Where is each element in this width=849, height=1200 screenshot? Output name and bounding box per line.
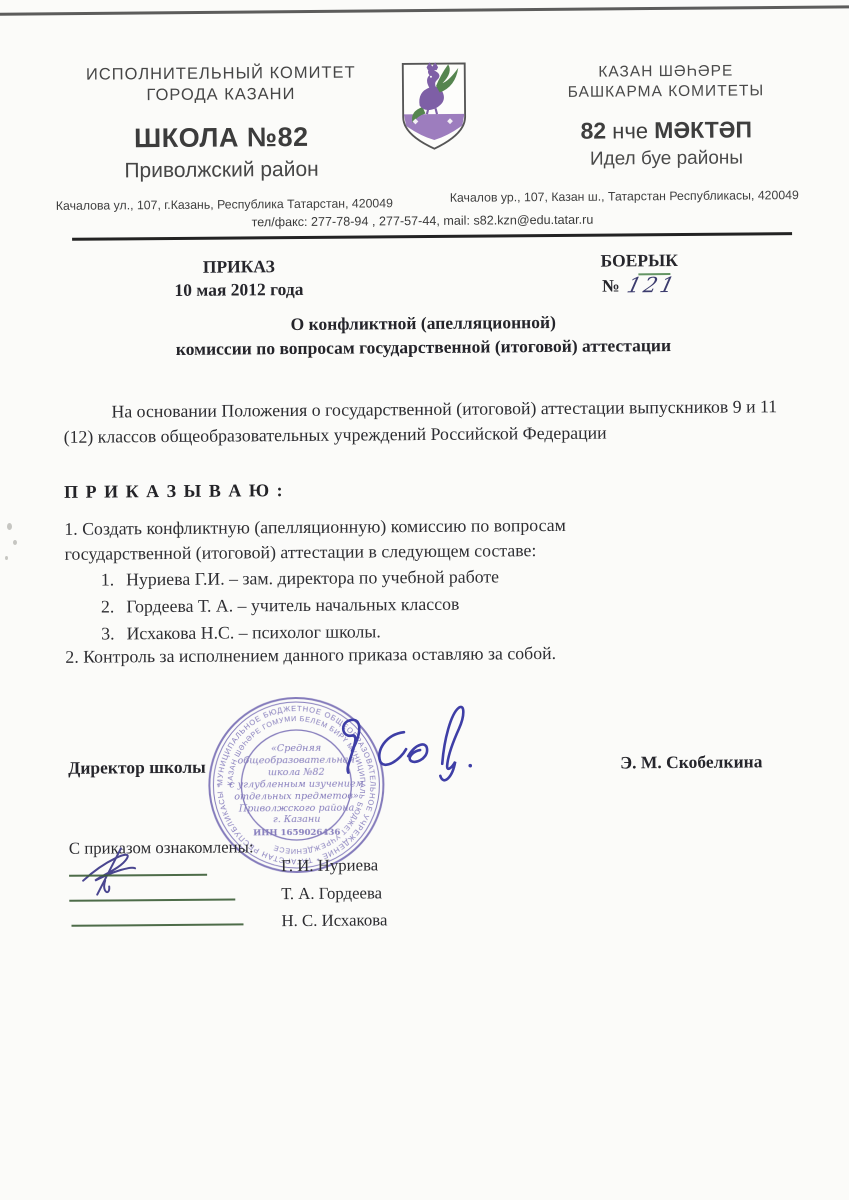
stamp-center-line: г. Казани bbox=[273, 814, 321, 825]
commission-members-list: 1. Нуриева Г.И. – зам. директора по учеб… bbox=[101, 563, 500, 647]
district-name-ru: Приволжский район bbox=[55, 157, 387, 184]
order-date: 10 мая 2012 года bbox=[136, 278, 341, 303]
letterhead-russian: ИСПОЛНИТЕЛЬНЫЙ КОМИТЕТ ГОРОДА КАЗАНИ ШКО… bbox=[55, 62, 388, 184]
stamp-center-line: «Средняя bbox=[271, 743, 321, 754]
letterhead-tatar: КАЗАН ШӘҺӘРЕ БАШКАРМА КОМИТЕТЫ 82 нче МӘ… bbox=[515, 61, 818, 171]
org-line1-tat: КАЗАН ШӘҺӘРЕ bbox=[515, 61, 817, 83]
org-line2-ru: ГОРОДА КАЗАНИ bbox=[55, 83, 387, 107]
green-underline bbox=[638, 273, 670, 275]
acknowledged-name: Т. А. Гордеева bbox=[281, 879, 387, 907]
school-number-tat: 82 bbox=[580, 118, 606, 144]
director-signature-ink bbox=[330, 698, 481, 804]
order-word-tat: БОЕРЫК bbox=[554, 249, 724, 273]
address-russian: Качалова ул., 107, г.Казань, Республика … bbox=[56, 196, 446, 213]
order-number-row: №121 bbox=[554, 273, 724, 298]
org-line2-tat: БАШКАРМА КОМИТЕТЫ bbox=[515, 81, 817, 103]
acknowledged-name: Н. С. Исхакова bbox=[281, 906, 387, 934]
order-heading-tat: БОЕРЫК №121 bbox=[554, 249, 724, 298]
phone-email-line: тел/факс: 277-78-94 , 277-57-44, mail: s… bbox=[0, 211, 847, 232]
address-tatar: Качалов ур., 107, Казан ш., Татарстан Ре… bbox=[450, 188, 810, 205]
decree-word: П Р И К А З Ы В А Ю : bbox=[64, 480, 284, 503]
member-text: Исхакова Н.С. – психолог школы. bbox=[126, 618, 380, 647]
order-item-2: 2. Контроль за исполнением данного прика… bbox=[65, 641, 785, 668]
order-title: О конфликтной (апелляционной) комиссии п… bbox=[0, 309, 848, 363]
list-item: 2. Гордеева Т. А. – учитель начальных кл… bbox=[101, 590, 499, 620]
org-line1-ru: ИСПОЛНИТЕЛЬНЫЙ КОМИТЕТ bbox=[55, 62, 387, 86]
member-number: 2. bbox=[101, 593, 115, 620]
header-divider bbox=[72, 232, 792, 241]
acknowledged-name: Г. И. Нуриева bbox=[281, 851, 387, 879]
preamble-paragraph: На основании Положения о государственной… bbox=[63, 394, 799, 449]
stamp-center-line: Приволжского района bbox=[238, 803, 355, 815]
member-text: Гордеева Т. А. – учитель начальных класс… bbox=[126, 591, 459, 621]
director-role-label: Директор школы bbox=[68, 757, 206, 779]
stamp-center-line: школа №82 bbox=[268, 767, 325, 778]
order-word-ru: ПРИКАЗ bbox=[136, 255, 341, 280]
list-item: 1. Нуриева Г.И. – зам. директора по учеб… bbox=[101, 563, 499, 593]
document-content: ИСПОЛНИТЕЛЬНЫЙ КОМИТЕТ ГОРОДА КАЗАНИ ШКО… bbox=[0, 0, 849, 1200]
order-heading-ru: ПРИКАЗ 10 мая 2012 года bbox=[136, 255, 341, 303]
school-nche: нче bbox=[612, 118, 648, 143]
school-name-ru: ШКОЛА №82 bbox=[55, 121, 387, 155]
stamp-inn: ИНН 1659026436 bbox=[253, 828, 340, 839]
director-name: Э. М. Скобелкина bbox=[620, 751, 762, 773]
kazan-zilant-coat-of-arms-icon bbox=[398, 60, 471, 160]
member-number: 3. bbox=[101, 620, 115, 647]
school-word-tat: МӘКТӘП bbox=[654, 116, 752, 143]
school-name-tat: 82 нче МӘКТӘП bbox=[515, 116, 817, 145]
signature-line bbox=[71, 923, 243, 926]
order-item-1: 1. Создать конфликтную (апелляционную) к… bbox=[64, 512, 664, 566]
number-sign: № bbox=[602, 275, 620, 295]
acknowledged-names: Г. И. Нуриева Т. А. Гордеева Н. С. Исхак… bbox=[281, 851, 388, 934]
member-number: 1. bbox=[101, 566, 115, 593]
district-name-tat: Идел буе районы bbox=[515, 147, 817, 171]
handwritten-order-number: 121 bbox=[625, 274, 680, 297]
member-text: Нуриева Г.И. – зам. директора по учебной… bbox=[126, 563, 499, 593]
scanned-document-page: ИСПОЛНИТЕЛЬНЫЙ КОМИТЕТ ГОРОДА КАЗАНИ ШКО… bbox=[0, 0, 849, 1200]
